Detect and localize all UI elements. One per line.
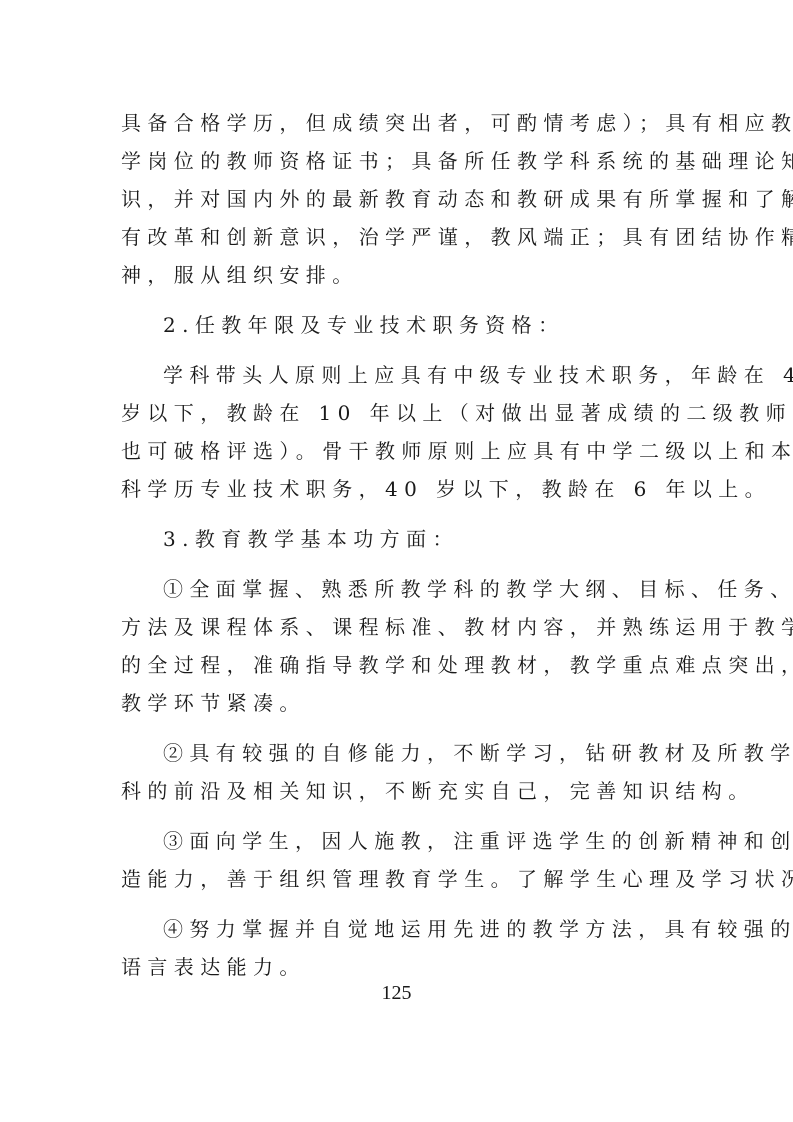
text-line: 具备合格学历，但成绩突出者，可酌情考虑）；具有相应教 <box>121 104 677 142</box>
heading-text: 3.教育教学基本功方面： <box>121 520 677 558</box>
text-line: 识，并对国内外的最新教育动态和教研成果有所掌握和了解； <box>121 180 677 218</box>
text-line: 语言表达能力。 <box>121 948 677 986</box>
text-line: 科的前沿及相关知识，不断充实自己，完善知识结构。 <box>121 772 677 810</box>
text-line: 学岗位的教师资格证书；具备所任教学科系统的基础理论知 <box>121 142 677 180</box>
section-heading-3: 3.教育教学基本功方面： <box>121 520 677 558</box>
page-body: 具备合格学历，但成绩突出者，可酌情考虑）；具有相应教 学岗位的教师资格证书；具备… <box>121 104 677 998</box>
text-line: 岁以下，教龄在 10 年以上（对做出显著成绩的二级教师， <box>121 394 677 432</box>
text-line: 有改革和创新意识，治学严谨，教风端正；具有团结协作精 <box>121 218 677 256</box>
text-line: 神，服从组织安排。 <box>121 256 677 294</box>
page-number: 125 <box>0 982 793 1005</box>
list-item-2: ②具有较强的自修能力，不断学习，钻研教材及所教学 科的前沿及相关知识，不断充实自… <box>121 734 677 810</box>
document-page: 具备合格学历，但成绩突出者，可酌情考虑）；具有相应教 学岗位的教师资格证书；具备… <box>0 0 793 1122</box>
text-line: 方法及课程体系、课程标准、教材内容，并熟练运用于教学 <box>121 608 677 646</box>
text-line: 学科带头人原则上应具有中级专业技术职务，年龄在 45 <box>121 356 677 394</box>
text-line: 造能力，善于组织管理教育学生。了解学生心理及学习状况。 <box>121 860 677 898</box>
text-line: ①全面掌握、熟悉所教学科的教学大纲、目标、任务、 <box>121 570 677 608</box>
paragraph-qualifications-continued: 具备合格学历，但成绩突出者，可酌情考虑）；具有相应教 学岗位的教师资格证书；具备… <box>121 104 677 294</box>
paragraph-teaching-years: 学科带头人原则上应具有中级专业技术职务，年龄在 45 岁以下，教龄在 10 年以… <box>121 356 677 508</box>
text-line: 的全过程，准确指导教学和处理教材，教学重点难点突出， <box>121 646 677 684</box>
list-item-3: ③面向学生，因人施教，注重评选学生的创新精神和创 造能力，善于组织管理教育学生。… <box>121 822 677 898</box>
text-line: 科学历专业技术职务，40 岁以下，教龄在 6 年以上。 <box>121 470 677 508</box>
list-item-1: ①全面掌握、熟悉所教学科的教学大纲、目标、任务、 方法及课程体系、课程标准、教材… <box>121 570 677 722</box>
text-line: ②具有较强的自修能力，不断学习，钻研教材及所教学 <box>121 734 677 772</box>
text-line: 也可破格评选）。骨干教师原则上应具有中学二级以上和本 <box>121 432 677 470</box>
heading-text: 2.任教年限及专业技术职务资格： <box>121 306 677 344</box>
text-line: 教学环节紧凑。 <box>121 684 677 722</box>
text-line: ④努力掌握并自觉地运用先进的教学方法，具有较强的 <box>121 910 677 948</box>
section-heading-2: 2.任教年限及专业技术职务资格： <box>121 306 677 344</box>
text-line: ③面向学生，因人施教，注重评选学生的创新精神和创 <box>121 822 677 860</box>
list-item-4: ④努力掌握并自觉地运用先进的教学方法，具有较强的 语言表达能力。 <box>121 910 677 986</box>
